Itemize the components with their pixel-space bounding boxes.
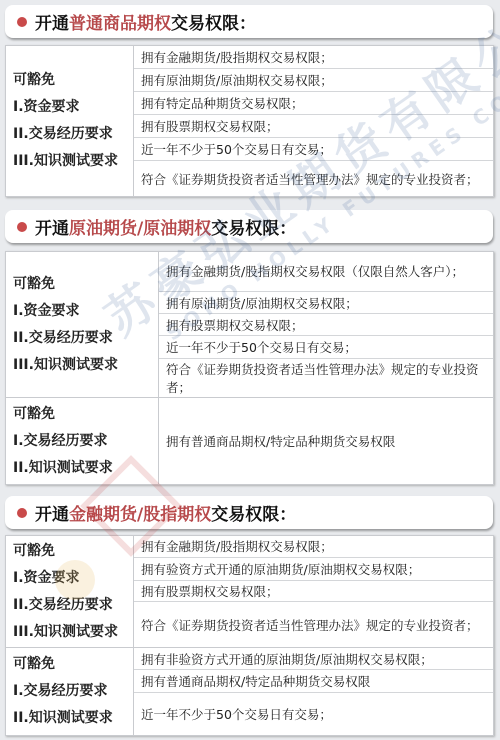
label-knowledge-test: III.知识测试要求: [13, 619, 133, 646]
condition-row: 符合《证券期货投资者适当性管理办法》规定的专业投资者；: [134, 161, 493, 196]
exemption-block: 可豁免 I.交易经历要求 II.知识测试要求 拥有普通商品期权/特定品种期货交易…: [6, 398, 493, 484]
label-exemptable: 可豁免: [13, 67, 133, 94]
label-trading-experience: II.交易经历要求: [13, 325, 158, 352]
label-trading-experience: II.交易经历要求: [13, 592, 133, 619]
label-knowledge-test: III.知识测试要求: [13, 148, 133, 175]
condition-row: 拥有金融期货/股指期权交易权限；: [134, 536, 493, 558]
header-highlight: 原油期货/原油期权: [69, 214, 211, 239]
label-knowledge-test: III.知识测试要求: [13, 352, 158, 379]
header-prefix: 开通: [35, 500, 69, 525]
header-highlight: 金融期货/股指期权: [69, 500, 211, 525]
exemption-conditions: 拥有金融期货/股指期权交易权限； 拥有原油期货/原油期权交易权限； 拥有特定品种…: [134, 46, 493, 196]
condition-row: 拥有股票期权交易权限；: [134, 115, 493, 138]
requirements-table-crude-oil: 可豁免 I.资金要求 II.交易经历要求 III.知识测试要求 拥有金融期货/股…: [5, 251, 494, 485]
header-suffix: 交易权限：: [211, 500, 296, 525]
exemption-block: 可豁免 I.资金要求 II.交易经历要求 III.知识测试要求 拥有金融期货/股…: [6, 536, 493, 648]
label-trading-experience: I.交易经历要求: [13, 678, 133, 705]
condition-row: 拥有非验资方式开通的原油期货/原油期权交易权限；: [134, 648, 493, 670]
exemption-block: 可豁免 I.资金要求 II.交易经历要求 III.知识测试要求 拥有金融期货/股…: [6, 252, 493, 398]
condition-row: 近一年不少于50个交易日有交易；: [134, 138, 493, 161]
section-header-financial-futures: 开通金融期货/股指期权交易权限：: [5, 496, 493, 529]
condition-row: 近一年不少于50个交易日有交易；: [134, 693, 493, 735]
condition-row: 近一年不少于50个交易日有交易；: [159, 336, 493, 359]
header-suffix: 交易权限：: [211, 214, 296, 239]
condition-row: 拥有验资方式开通的原油期货/原油期权交易权限；: [134, 558, 493, 581]
condition-row: 拥有股票期权交易权限；: [134, 581, 493, 603]
label-exemptable: 可豁免: [13, 651, 133, 678]
label-knowledge-test: II.知识测试要求: [13, 705, 133, 732]
exemption-conditions: 拥有金融期货/股指期权交易权限； 拥有验资方式开通的原油期货/原油期权交易权限；…: [134, 536, 493, 647]
condition-row: 拥有原油期货/原油期权交易权限；: [159, 292, 493, 315]
condition-row: 拥有原油期货/原油期权交易权限；: [134, 69, 493, 92]
exemption-block: 可豁免 I.资金要求 II.交易经历要求 III.知识测试要求 拥有金融期货/股…: [6, 46, 493, 196]
header-suffix: 交易权限：: [171, 9, 256, 34]
label-trading-experience: II.交易经历要求: [13, 121, 133, 148]
condition-row: 拥有普通商品期权/特定品种期货交易权限: [159, 398, 493, 484]
bullet-icon: [17, 17, 27, 27]
exemption-labels: 可豁免 I.交易经历要求 II.知识测试要求: [6, 648, 134, 735]
exemption-conditions: 拥有普通商品期权/特定品种期货交易权限: [159, 398, 493, 484]
label-knowledge-test: II.知识测试要求: [13, 455, 158, 482]
exemption-labels: 可豁免 I.资金要求 II.交易经历要求 III.知识测试要求: [6, 536, 134, 647]
bullet-icon: [17, 508, 27, 518]
label-exemptable: 可豁免: [13, 401, 158, 428]
label-capital-requirement: I.资金要求: [13, 565, 133, 592]
section-header-commodity-options: 开通普通商品期权交易权限：: [5, 5, 493, 38]
exemption-conditions: 拥有金融期货/股指期权交易权限（仅限自然人客户）； 拥有原油期货/原油期权交易权…: [159, 252, 493, 397]
requirements-table-financial-futures: 可豁免 I.资金要求 II.交易经历要求 III.知识测试要求 拥有金融期货/股…: [5, 535, 494, 736]
condition-row: 拥有普通商品期权/特定品种期货交易权限: [134, 670, 493, 693]
condition-row: 符合《证券期货投资者适当性管理办法》规定的专业投资者；: [159, 359, 493, 397]
condition-row: 拥有金融期货/股指期权交易权限（仅限自然人客户）；: [159, 252, 493, 292]
bullet-icon: [17, 222, 27, 232]
exemption-labels: 可豁免 I.资金要求 II.交易经历要求 III.知识测试要求: [6, 46, 134, 196]
header-prefix: 开通: [35, 9, 69, 34]
exemption-block: 可豁免 I.交易经历要求 II.知识测试要求 拥有非验资方式开通的原油期货/原油…: [6, 648, 493, 735]
label-capital-requirement: I.资金要求: [13, 298, 158, 325]
exemption-conditions: 拥有非验资方式开通的原油期货/原油期权交易权限； 拥有普通商品期权/特定品种期货…: [134, 648, 493, 735]
condition-row: 拥有特定品种期货交易权限；: [134, 92, 493, 115]
label-capital-requirement: I.资金要求: [13, 94, 133, 121]
condition-row: 符合《证券期货投资者适当性管理办法》规定的专业投资者；: [134, 602, 493, 647]
label-exemptable: 可豁免: [13, 538, 133, 565]
condition-row: 拥有股票期权交易权限；: [159, 314, 493, 336]
header-prefix: 开通: [35, 214, 69, 239]
exemption-labels: 可豁免 I.资金要求 II.交易经历要求 III.知识测试要求: [6, 252, 159, 397]
section-header-crude-oil: 开通原油期货/原油期权交易权限：: [5, 210, 493, 243]
condition-row: 拥有金融期货/股指期权交易权限；: [134, 46, 493, 69]
header-highlight: 普通商品期权: [69, 9, 171, 34]
exemption-labels: 可豁免 I.交易经历要求 II.知识测试要求: [6, 398, 159, 484]
label-trading-experience: I.交易经历要求: [13, 428, 158, 455]
requirements-table-commodity-options: 可豁免 I.资金要求 II.交易经历要求 III.知识测试要求 拥有金融期货/股…: [5, 45, 494, 197]
label-exemptable: 可豁免: [13, 271, 158, 298]
